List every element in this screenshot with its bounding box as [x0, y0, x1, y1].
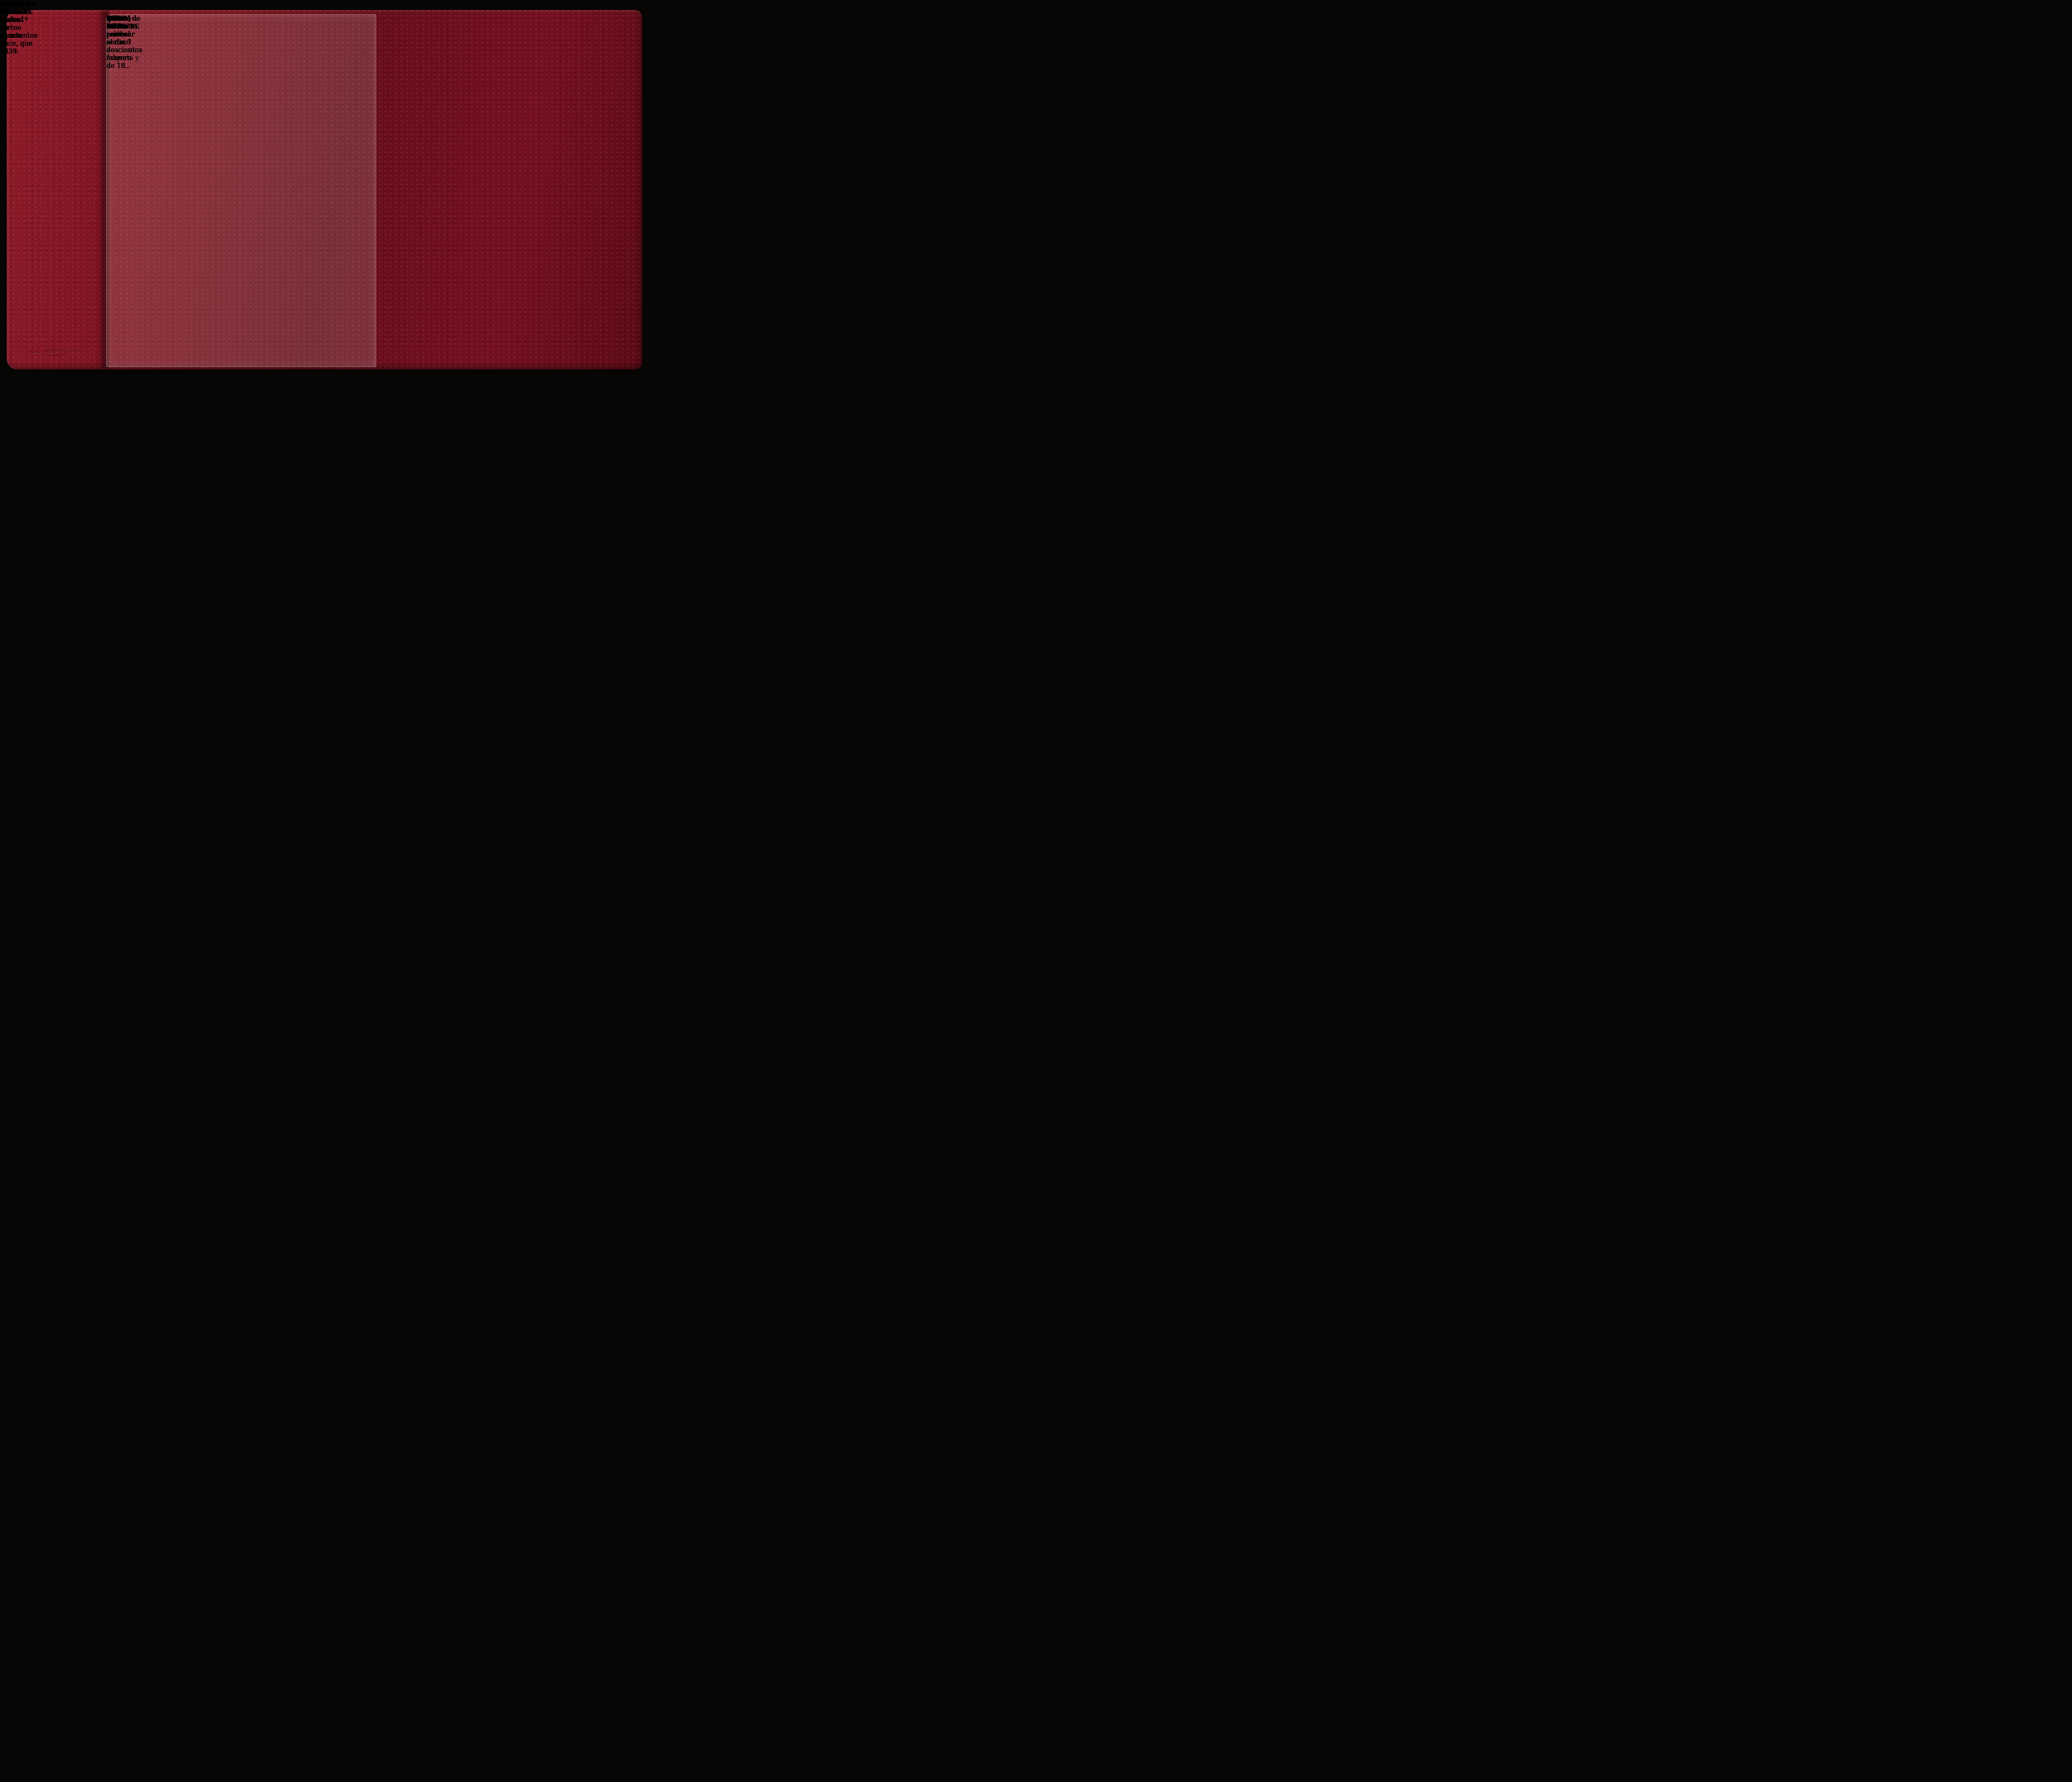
album-photo: Mod. KAPO 324 G S. 311. REAL LOTERIA DE … [0, 0, 650, 378]
left-album-page: S. 311. REAL LOTERIA DE LA SIEMPRE 502. … [106, 14, 376, 367]
emboss-number-label: 324 G [68, 349, 82, 354]
emboss-brand-label: KAPO [43, 348, 66, 355]
binder-embossed-stamp: Mod. KAPO 324 G [29, 346, 104, 358]
handwritten-annotation: 5 [107, 15, 111, 22]
emboss-model-label: Mod. [29, 351, 41, 355]
embossed-number: 682 [0, 0, 13, 8]
